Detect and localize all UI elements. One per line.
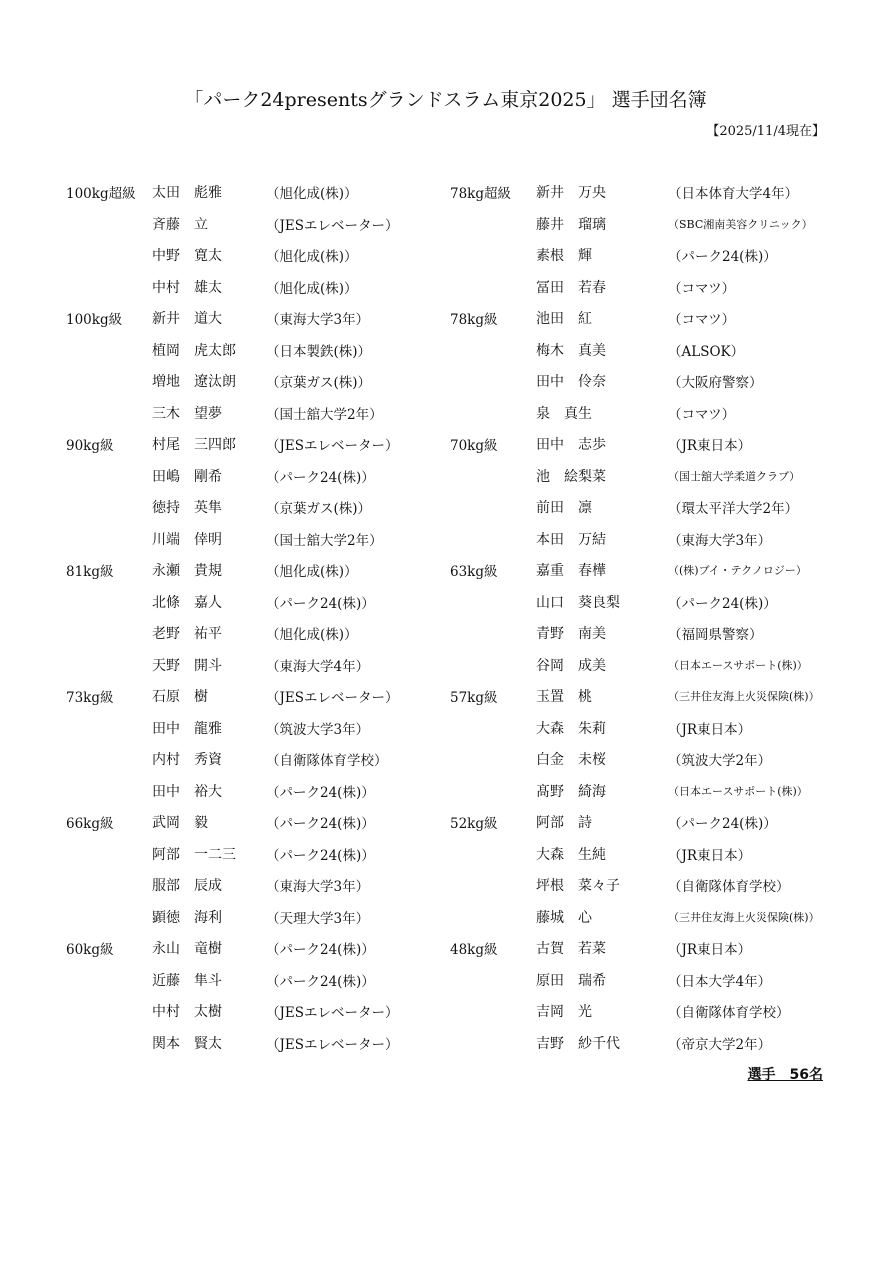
affiliation: （旭化成(株)） bbox=[266, 277, 358, 297]
athlete-name: 太田 彪雅 bbox=[152, 182, 222, 202]
affiliation: （京葉ガス(株)） bbox=[266, 497, 371, 517]
affiliation: （大阪府警察） bbox=[668, 371, 763, 391]
affiliation: （JESエレベーター） bbox=[266, 1033, 399, 1053]
affiliation: （日本体育大学4年） bbox=[668, 182, 798, 202]
weight-class: 52kg級 bbox=[450, 812, 498, 832]
athlete-name: 関本 賢太 bbox=[152, 1033, 222, 1053]
athlete-name: 内村 秀資 bbox=[152, 749, 222, 769]
as-of-date: 【2025/11/4現在】 bbox=[706, 120, 825, 139]
affiliation: （JESエレベーター） bbox=[266, 214, 399, 234]
athlete-name: 嘉重 春樺 bbox=[536, 560, 606, 580]
athlete-name: 大森 生純 bbox=[536, 844, 606, 864]
affiliation: （筑波大学3年） bbox=[266, 718, 369, 738]
athlete-name: 前田 凛 bbox=[536, 497, 592, 517]
athlete-name: 川端 倖明 bbox=[152, 529, 222, 549]
affiliation: （コマツ） bbox=[668, 277, 735, 297]
affiliation: （環太平洋大学2年） bbox=[668, 497, 798, 517]
athlete-name: 梅木 真美 bbox=[536, 340, 606, 360]
affiliation: （国士舘大学柔道クラブ） bbox=[668, 468, 800, 484]
affiliation: （三井住友海上火災保険(株)） bbox=[668, 688, 820, 704]
affiliation: （自衛隊体育学校） bbox=[668, 875, 790, 895]
affiliation: （JR東日本） bbox=[668, 844, 751, 864]
weight-class: 90kg級 bbox=[66, 434, 114, 454]
athlete-name: 永山 竜樹 bbox=[152, 938, 222, 958]
weight-class: 81kg級 bbox=[66, 560, 114, 580]
athlete-name: 阿部 一二三 bbox=[152, 844, 236, 864]
affiliation: （旭化成(株)） bbox=[266, 560, 358, 580]
athlete-name: 中野 寛太 bbox=[152, 245, 222, 265]
affiliation: （パーク24(株)） bbox=[668, 592, 777, 612]
total-athletes: 選手 56名 bbox=[748, 1064, 823, 1084]
weight-class: 100kg超級 bbox=[66, 182, 136, 202]
athlete-name: 髙野 綺海 bbox=[536, 781, 606, 801]
athlete-name: 泉 真生 bbox=[536, 403, 592, 423]
athlete-name: 顕徳 海利 bbox=[152, 907, 222, 927]
affiliation: （旭化成(株)） bbox=[266, 182, 358, 202]
athlete-name: 服部 辰成 bbox=[152, 875, 222, 895]
affiliation: （自衛隊体育学校） bbox=[266, 749, 388, 769]
affiliation: （JR東日本） bbox=[668, 718, 751, 738]
affiliation: （パーク24(株)） bbox=[668, 245, 777, 265]
athlete-name: 新井 万央 bbox=[536, 182, 606, 202]
weight-class: 63kg級 bbox=[450, 560, 498, 580]
athlete-name: 植岡 虎太郎 bbox=[152, 340, 236, 360]
affiliation: （旭化成(株)） bbox=[266, 623, 358, 643]
athlete-name: 谷岡 成美 bbox=[536, 655, 606, 675]
athlete-name: 老野 祐平 bbox=[152, 623, 222, 643]
affiliation: （(株)ブイ・テクノロジー） bbox=[668, 562, 807, 578]
weight-class: 57kg級 bbox=[450, 686, 498, 706]
affiliation: （東海大学3年） bbox=[266, 308, 369, 328]
athlete-name: 村尾 三四郎 bbox=[152, 434, 236, 454]
document-title: 「パーク24presentsグランドスラム東京2025」 選手団名簿 bbox=[0, 85, 891, 112]
athlete-name: 青野 南美 bbox=[536, 623, 606, 643]
affiliation: （パーク24(株)） bbox=[668, 812, 777, 832]
athlete-name: 中村 太樹 bbox=[152, 1001, 222, 1021]
affiliation: （SBC湘南美容クリニック） bbox=[668, 216, 813, 232]
affiliation: （コマツ） bbox=[668, 403, 735, 423]
affiliation: （福岡県警察） bbox=[668, 623, 763, 643]
athlete-name: 吉岡 光 bbox=[536, 1001, 592, 1021]
athlete-name: 池 絵梨菜 bbox=[536, 466, 606, 486]
athlete-name: 玉置 桃 bbox=[536, 686, 592, 706]
weight-class: 70kg級 bbox=[450, 434, 498, 454]
athlete-name: 田中 裕大 bbox=[152, 781, 222, 801]
affiliation: （東海大学3年） bbox=[668, 529, 771, 549]
weight-class: 48kg級 bbox=[450, 938, 498, 958]
athlete-name: 田中 伶奈 bbox=[536, 371, 606, 391]
athlete-name: 石原 樹 bbox=[152, 686, 208, 706]
weight-class: 78kg級 bbox=[450, 308, 498, 328]
affiliation: （JR東日本） bbox=[668, 434, 751, 454]
affiliation: （JESエレベーター） bbox=[266, 686, 399, 706]
athlete-name: 中村 雄太 bbox=[152, 277, 222, 297]
athlete-name: 坪根 菜々子 bbox=[536, 875, 620, 895]
affiliation: （パーク24(株)） bbox=[266, 781, 375, 801]
athlete-name: 徳持 英隼 bbox=[152, 497, 222, 517]
athlete-name: 吉野 紗千代 bbox=[536, 1033, 620, 1053]
athlete-name: 三木 望夢 bbox=[152, 403, 222, 423]
athlete-name: 田中 志歩 bbox=[536, 434, 606, 454]
athlete-name: 山口 葵良梨 bbox=[536, 592, 620, 612]
athlete-name: 冨田 若春 bbox=[536, 277, 606, 297]
athlete-name: 藤城 心 bbox=[536, 907, 592, 927]
affiliation: （JR東日本） bbox=[668, 938, 751, 958]
affiliation: （JESエレベーター） bbox=[266, 1001, 399, 1021]
weight-class: 66kg級 bbox=[66, 812, 114, 832]
athlete-name: 天野 開斗 bbox=[152, 655, 222, 675]
affiliation: （パーク24(株)） bbox=[266, 592, 375, 612]
affiliation: （ALSOK） bbox=[668, 340, 744, 360]
affiliation: （JESエレベーター） bbox=[266, 434, 399, 454]
affiliation: （パーク24(株)） bbox=[266, 812, 375, 832]
athlete-name: 永瀬 貴規 bbox=[152, 560, 222, 580]
affiliation: （国士舘大学2年） bbox=[266, 529, 383, 549]
athlete-name: 本田 万結 bbox=[536, 529, 606, 549]
affiliation: （日本大学4年） bbox=[668, 970, 771, 990]
affiliation: （筑波大学2年） bbox=[668, 749, 771, 769]
athlete-name: 田中 龍雅 bbox=[152, 718, 222, 738]
affiliation: （三井住友海上火災保険(株)） bbox=[668, 909, 820, 925]
affiliation: （日本エースサポート(株)） bbox=[668, 657, 808, 673]
affiliation: （パーク24(株)） bbox=[266, 970, 375, 990]
athlete-name: 古賀 若菜 bbox=[536, 938, 606, 958]
affiliation: （コマツ） bbox=[668, 308, 735, 328]
weight-class: 100kg級 bbox=[66, 308, 122, 328]
affiliation: （京葉ガス(株)） bbox=[266, 371, 371, 391]
affiliation: （東海大学3年） bbox=[266, 875, 369, 895]
athlete-name: 白金 未桜 bbox=[536, 749, 606, 769]
athlete-name: 新井 道大 bbox=[152, 308, 222, 328]
athlete-name: 素根 輝 bbox=[536, 245, 592, 265]
athlete-name: 藤井 瑠璃 bbox=[536, 214, 606, 234]
affiliation: （帝京大学2年） bbox=[668, 1033, 771, 1053]
athlete-name: 大森 朱莉 bbox=[536, 718, 606, 738]
affiliation: （パーク24(株)） bbox=[266, 466, 375, 486]
athlete-name: 北條 嘉人 bbox=[152, 592, 222, 612]
weight-class: 78kg超級 bbox=[450, 182, 511, 202]
affiliation: （自衛隊体育学校） bbox=[668, 1001, 790, 1021]
athlete-name: 武岡 毅 bbox=[152, 812, 208, 832]
affiliation: （パーク24(株)） bbox=[266, 844, 375, 864]
athlete-name: 阿部 詩 bbox=[536, 812, 592, 832]
athlete-name: 増地 遼汰朗 bbox=[152, 371, 236, 391]
affiliation: （パーク24(株)） bbox=[266, 938, 375, 958]
weight-class: 60kg級 bbox=[66, 938, 114, 958]
athlete-name: 池田 紅 bbox=[536, 308, 592, 328]
affiliation: （天理大学3年） bbox=[266, 907, 369, 927]
affiliation: （東海大学4年） bbox=[266, 655, 369, 675]
athlete-name: 近藤 隼斗 bbox=[152, 970, 222, 990]
athlete-name: 原田 瑞希 bbox=[536, 970, 606, 990]
affiliation: （国士舘大学2年） bbox=[266, 403, 383, 423]
affiliation: （日本製鉄(株)） bbox=[266, 340, 371, 360]
athlete-name: 田嶋 剛希 bbox=[152, 466, 222, 486]
affiliation: （日本エースサポート(株)） bbox=[668, 783, 808, 799]
athlete-name: 斉藤 立 bbox=[152, 214, 208, 234]
weight-class: 73kg級 bbox=[66, 686, 114, 706]
affiliation: （旭化成(株)） bbox=[266, 245, 358, 265]
